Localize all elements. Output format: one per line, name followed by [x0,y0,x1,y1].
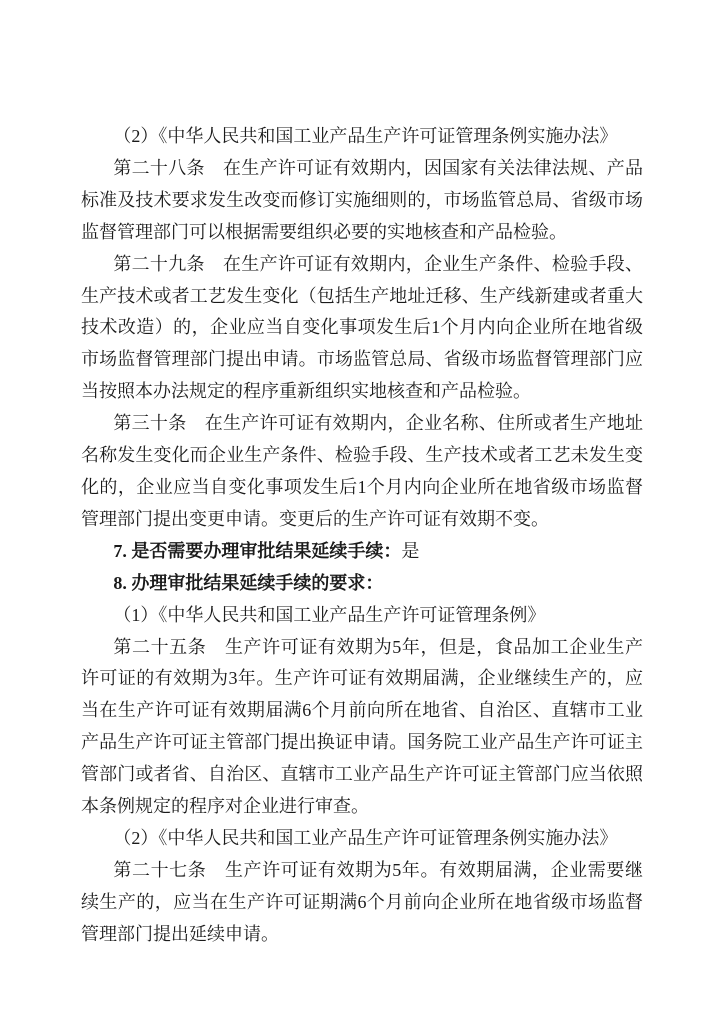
paragraph: （2）《中华人民共和国工业产品生产许可证管理条例实施办法》 [81,823,643,855]
text-segment: （1）《中华人民共和国工业产品生产许可证管理条例》 [113,605,545,625]
paragraph: 第二十七条 生产许可证有效期为5年。有效期届满，企业需要继续生产的，应当在生产许… [81,855,643,951]
paragraph: （1）《中华人民共和国工业产品生产许可证管理条例》 [81,600,643,632]
paragraph: 第二十九条 在生产许可证有效期内，企业生产条件、检验手段、生产技术或者工艺发生变… [81,249,643,409]
text-segment: 第三十条 在生产许可证有效期内，企业名称、住所或者生产地址名称发生变化而企业生产… [81,413,643,529]
text-segment: 7. 是否需要办理审批结果延续手续： [113,541,401,561]
text-segment: （2）《中华人民共和国工业产品生产许可证管理条例实施办法》 [113,126,617,146]
text-segment: （2）《中华人民共和国工业产品生产许可证管理条例实施办法》 [113,828,617,848]
text-segment: 第二十五条 生产许可证有效期为5年，但是，食品加工企业生产许可证的有效期为3年。… [81,637,643,817]
text-segment: 第二十九条 在生产许可证有效期内，企业生产条件、检验手段、生产技术或者工艺发生变… [81,254,643,402]
paragraph: 7. 是否需要办理审批结果延续手续：是 [81,536,643,568]
paragraph: 第二十八条 在生产许可证有效期内，因国家有关法律法规、产品标准及技术要求发生改变… [81,153,643,249]
document-body: （2）《中华人民共和国工业产品生产许可证管理条例实施办法》第二十八条 在生产许可… [81,121,643,951]
text-segment: 第二十七条 生产许可证有效期为5年。有效期届满，企业需要继续生产的，应当在生产许… [81,860,643,944]
paragraph: 第二十五条 生产许可证有效期为5年，但是，食品加工企业生产许可证的有效期为3年。… [81,632,643,823]
paragraph: （2）《中华人民共和国工业产品生产许可证管理条例实施办法》 [81,121,643,153]
text-segment: 8. 办理审批结果延续手续的要求： [113,573,383,593]
paragraph: 8. 办理审批结果延续手续的要求： [81,568,643,600]
text-segment: 是 [401,541,419,561]
paragraph: 第三十条 在生产许可证有效期内，企业名称、住所或者生产地址名称发生变化而企业生产… [81,408,643,536]
document-page: （2）《中华人民共和国工业产品生产许可证管理条例实施办法》第二十八条 在生产许可… [0,0,725,1024]
text-segment: 第二十八条 在生产许可证有效期内，因国家有关法律法规、产品标准及技术要求发生改变… [81,158,643,242]
